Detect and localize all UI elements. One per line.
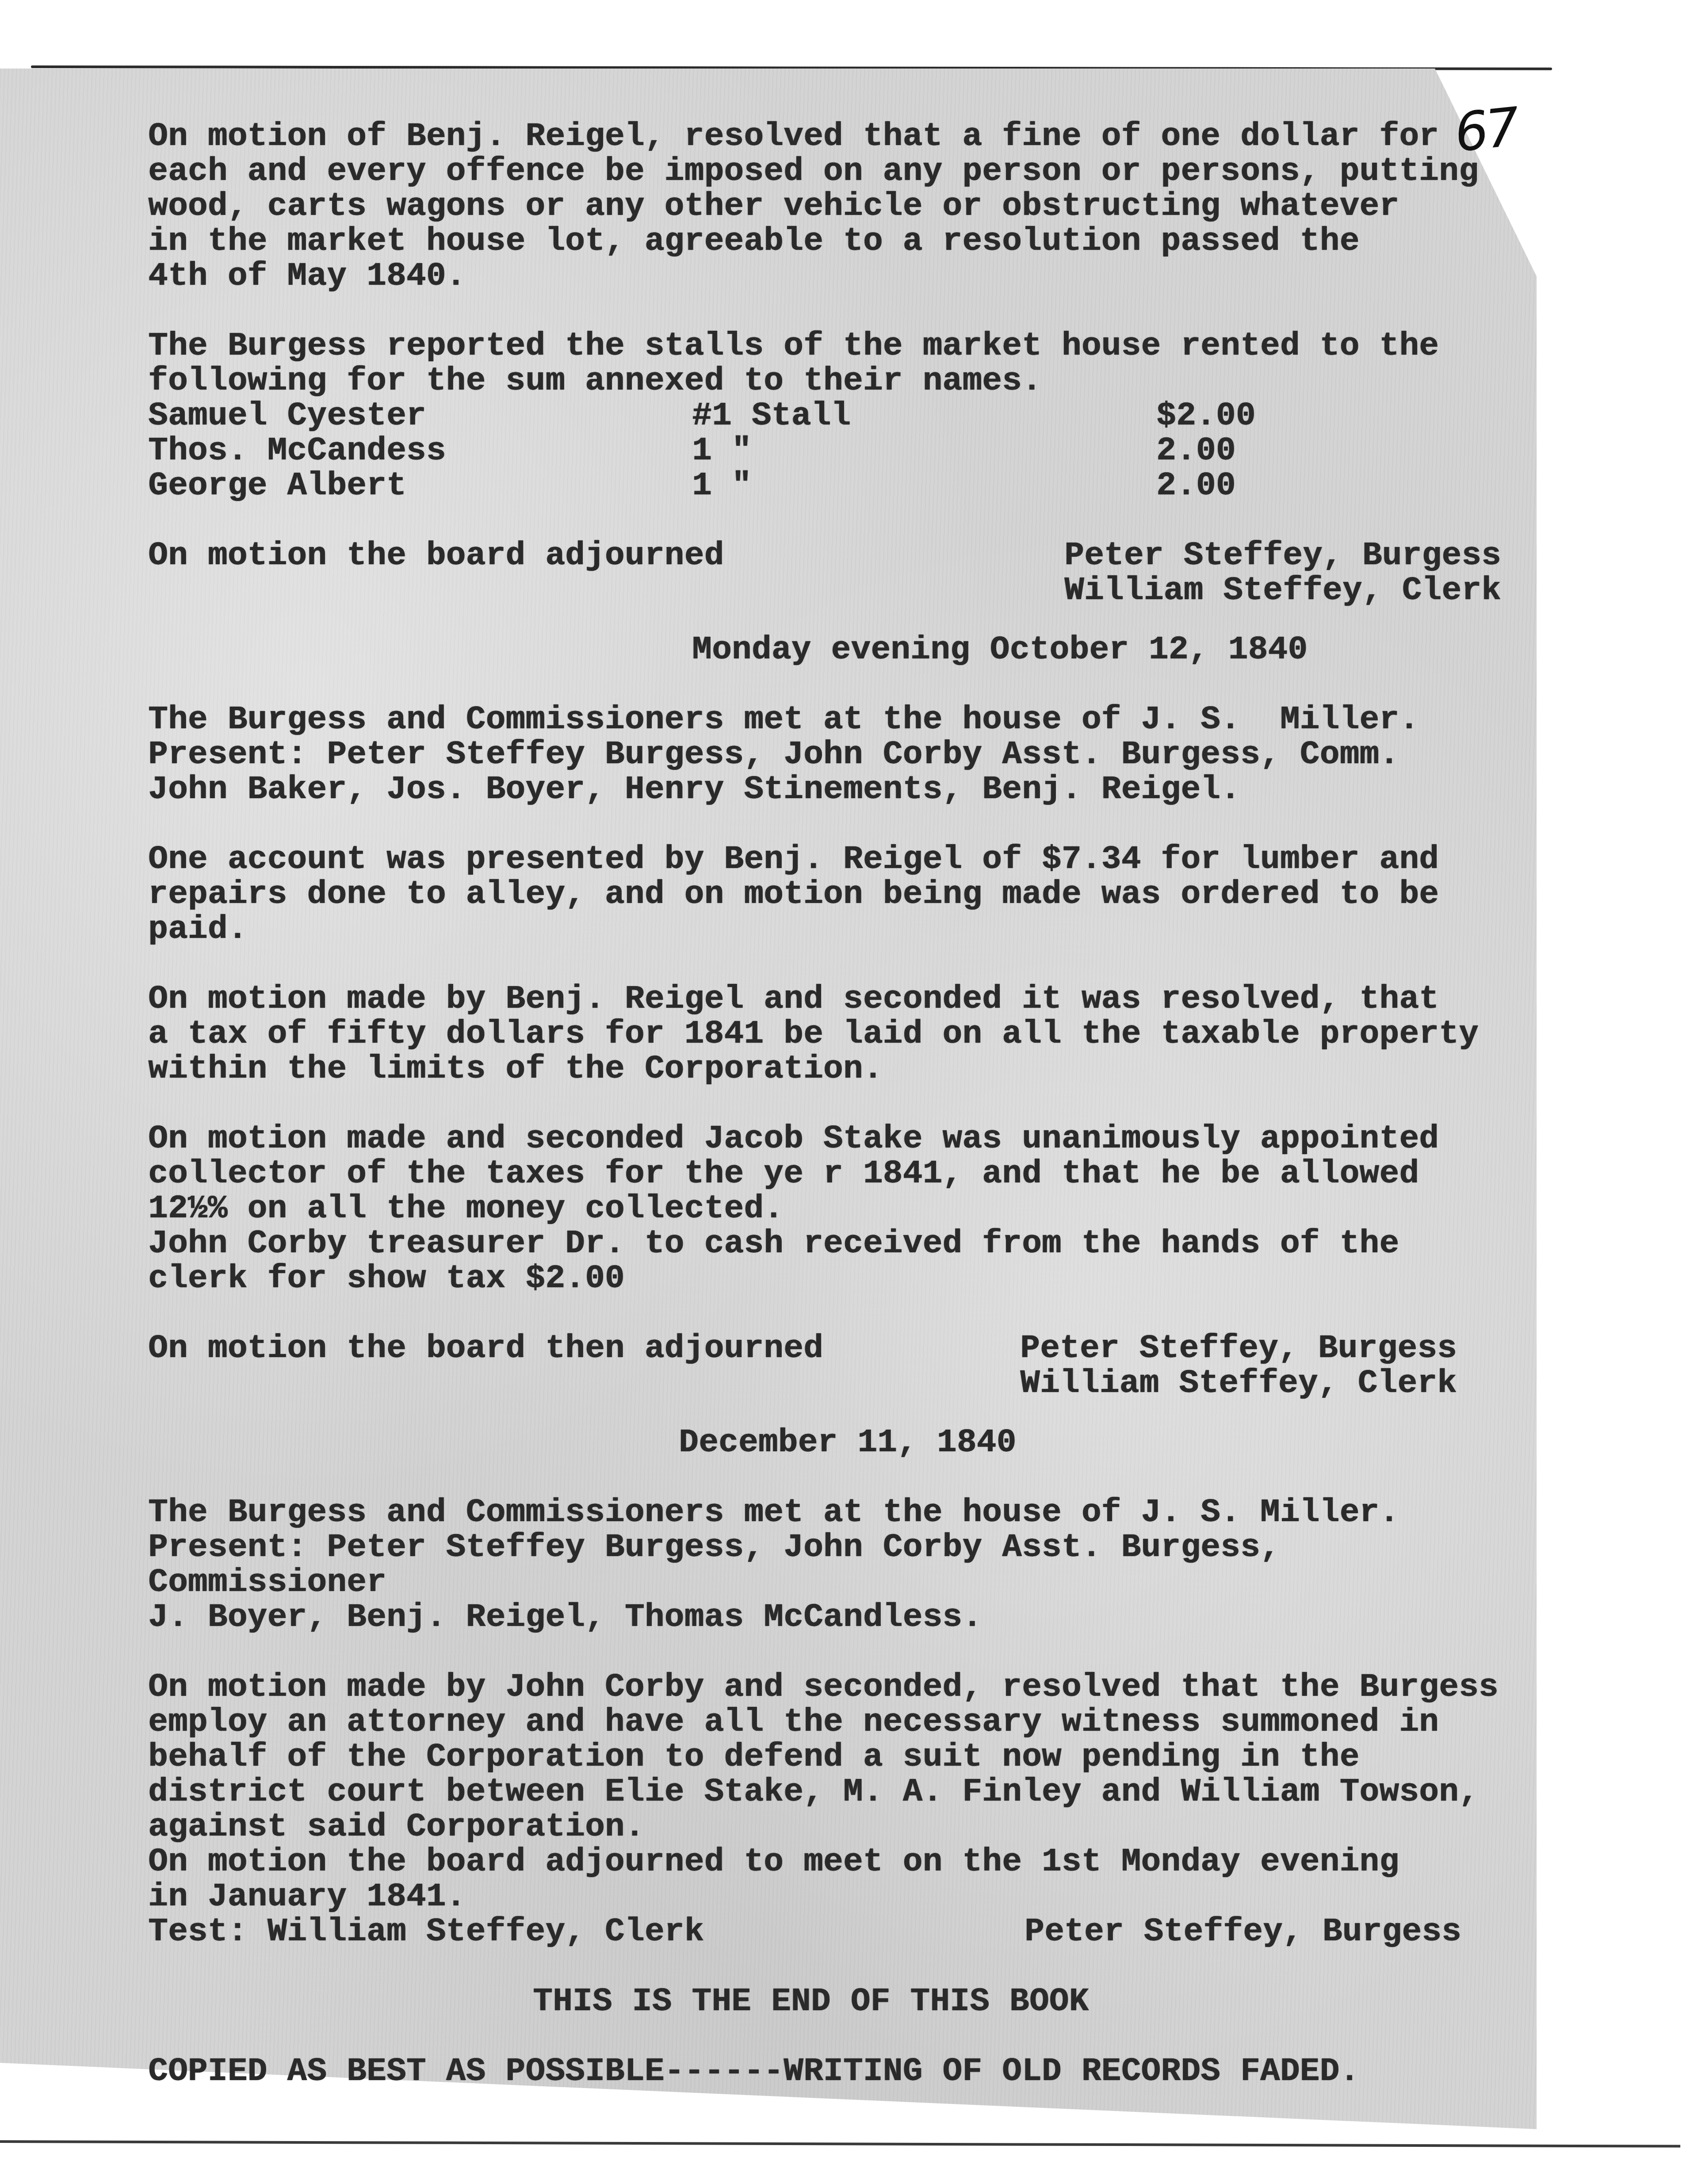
meeting-attendance: The Burgess and Commissioners met at the…	[148, 703, 1519, 807]
meeting-date-heading: December 11, 1840	[148, 1426, 1519, 1461]
test-clerk: Test: William Steffey, Clerk	[148, 1915, 704, 1950]
meeting-attendance: The Burgess and Commissioners met at the…	[148, 1496, 1519, 1635]
stall-number: #1 Stall	[692, 399, 1156, 434]
test-signature-row: Test: William Steffey, Clerk Peter Steff…	[148, 1915, 1519, 1950]
scan-edge-bottom	[0, 2140, 1680, 2148]
adjournment-text: On motion the board adjourned	[148, 539, 724, 608]
signature-burgess: Peter Steffey, Burgess	[1064, 539, 1501, 574]
stall-amount: 2.00	[1156, 434, 1466, 469]
signature-block: Peter Steffey, Burgess William Steffey, …	[1064, 539, 1501, 608]
copy-note: COPIED AS BEST AS POSSIBLE------WRITING …	[148, 2054, 1519, 2089]
signature-clerk: William Steffey, Clerk	[1064, 574, 1501, 608]
stall-renter-name: George Albert	[148, 469, 692, 504]
stall-renter-name: Samuel Cyester	[148, 399, 692, 434]
adjournment-text: On motion the board then adjourned	[148, 1331, 823, 1401]
adjournment-signature-row: On motion the board then adjourned Peter…	[148, 1331, 1519, 1401]
end-of-book-notice: THIS IS THE END OF THIS BOOK	[148, 1985, 1519, 2020]
stall-number: 1 "	[692, 434, 1156, 469]
tax-resolution: On motion made by Benj. Reigel and secon…	[148, 982, 1519, 1087]
lumber-account: One account was presented by Benj. Reige…	[148, 842, 1519, 947]
stalls-intro: The Burgess reported the stalls of the m…	[148, 329, 1519, 399]
stall-amount: $2.00	[1156, 399, 1466, 434]
signature-block: Peter Steffey, Burgess William Steffey, …	[1020, 1331, 1457, 1401]
signature-burgess: Peter Steffey, Burgess	[1020, 1331, 1457, 1366]
collector-appointment: On motion made and seconded Jacob Stake …	[148, 1122, 1519, 1297]
stall-number: 1 "	[692, 469, 1156, 504]
meeting-date-heading: Monday evening October 12, 1840	[148, 633, 1519, 668]
attorney-resolution: On motion made by John Corby and seconde…	[148, 1670, 1519, 1915]
stall-amount: 2.00	[1156, 469, 1466, 504]
signature-burgess: Peter Steffey, Burgess	[1025, 1915, 1461, 1950]
document-body: On motion of Benj. Reigel, resolved that…	[148, 119, 1519, 2089]
stall-renter-name: Thos. McCandess	[148, 434, 692, 469]
signature-clerk: William Steffey, Clerk	[1020, 1366, 1457, 1401]
stall-rentals-table: Samuel Cyester #1 Stall $2.00 Thos. McCa…	[148, 399, 1519, 504]
market-fine-resolution: On motion of Benj. Reigel, resolved that…	[148, 119, 1519, 294]
adjournment-signature-row: On motion the board adjourned Peter Stef…	[148, 539, 1519, 608]
